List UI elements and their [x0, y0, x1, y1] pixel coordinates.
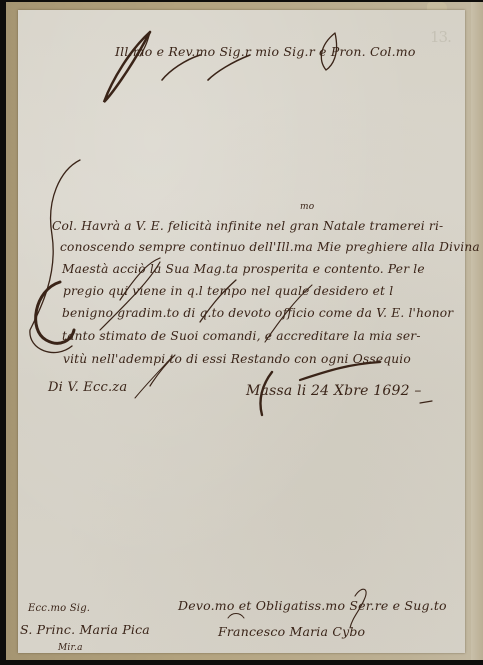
body-line-5: benigno gradim.to di q.to devoto officio…: [62, 306, 453, 320]
scan-frame: 13. Ill.mo e Rev.mo Sig.r mio Sig.r e Pr…: [0, 0, 483, 665]
paper-tab: [427, 2, 447, 10]
archive-number: 13.: [430, 28, 451, 46]
dateline: Massa li 24 Xbre 1692 –: [246, 383, 422, 399]
closing-courtesy: Di V. Ecc.za: [48, 380, 127, 395]
body-line-1: Col. Havrà a V. E. felicità infinite nel…: [52, 219, 443, 233]
addressee-superscript: Ecc.mo Sig.: [28, 603, 90, 614]
signoff-formula: Devo.mo et Obligatiss.mo Ser.re e Sug.to: [178, 598, 447, 613]
body-line-2: conoscendo sempre continuo dell'Ill.ma M…: [60, 240, 480, 254]
body-line-3: Maestà acciò la Sua Mag.ta prosperita e …: [62, 262, 425, 276]
salutation: Ill.mo e Rev.mo Sig.r mio Sig.r e Pron. …: [115, 44, 416, 59]
mount-edge: [471, 2, 483, 660]
addressee: S. Princ. Maria Pica: [20, 622, 150, 637]
body-line-4: pregio qui viene in q.l tempo nel quale …: [63, 284, 393, 298]
body-superscript: mo: [300, 202, 314, 212]
addressee-subscript: Mir.a: [58, 643, 83, 653]
signature-name: Francesco Maria Cybo: [218, 624, 365, 639]
body-line-6: tanto stimato de Suoi comandi, e accredi…: [62, 329, 421, 343]
body-line-7: vitù nell'adempi.to di essi Restando con…: [63, 352, 411, 366]
